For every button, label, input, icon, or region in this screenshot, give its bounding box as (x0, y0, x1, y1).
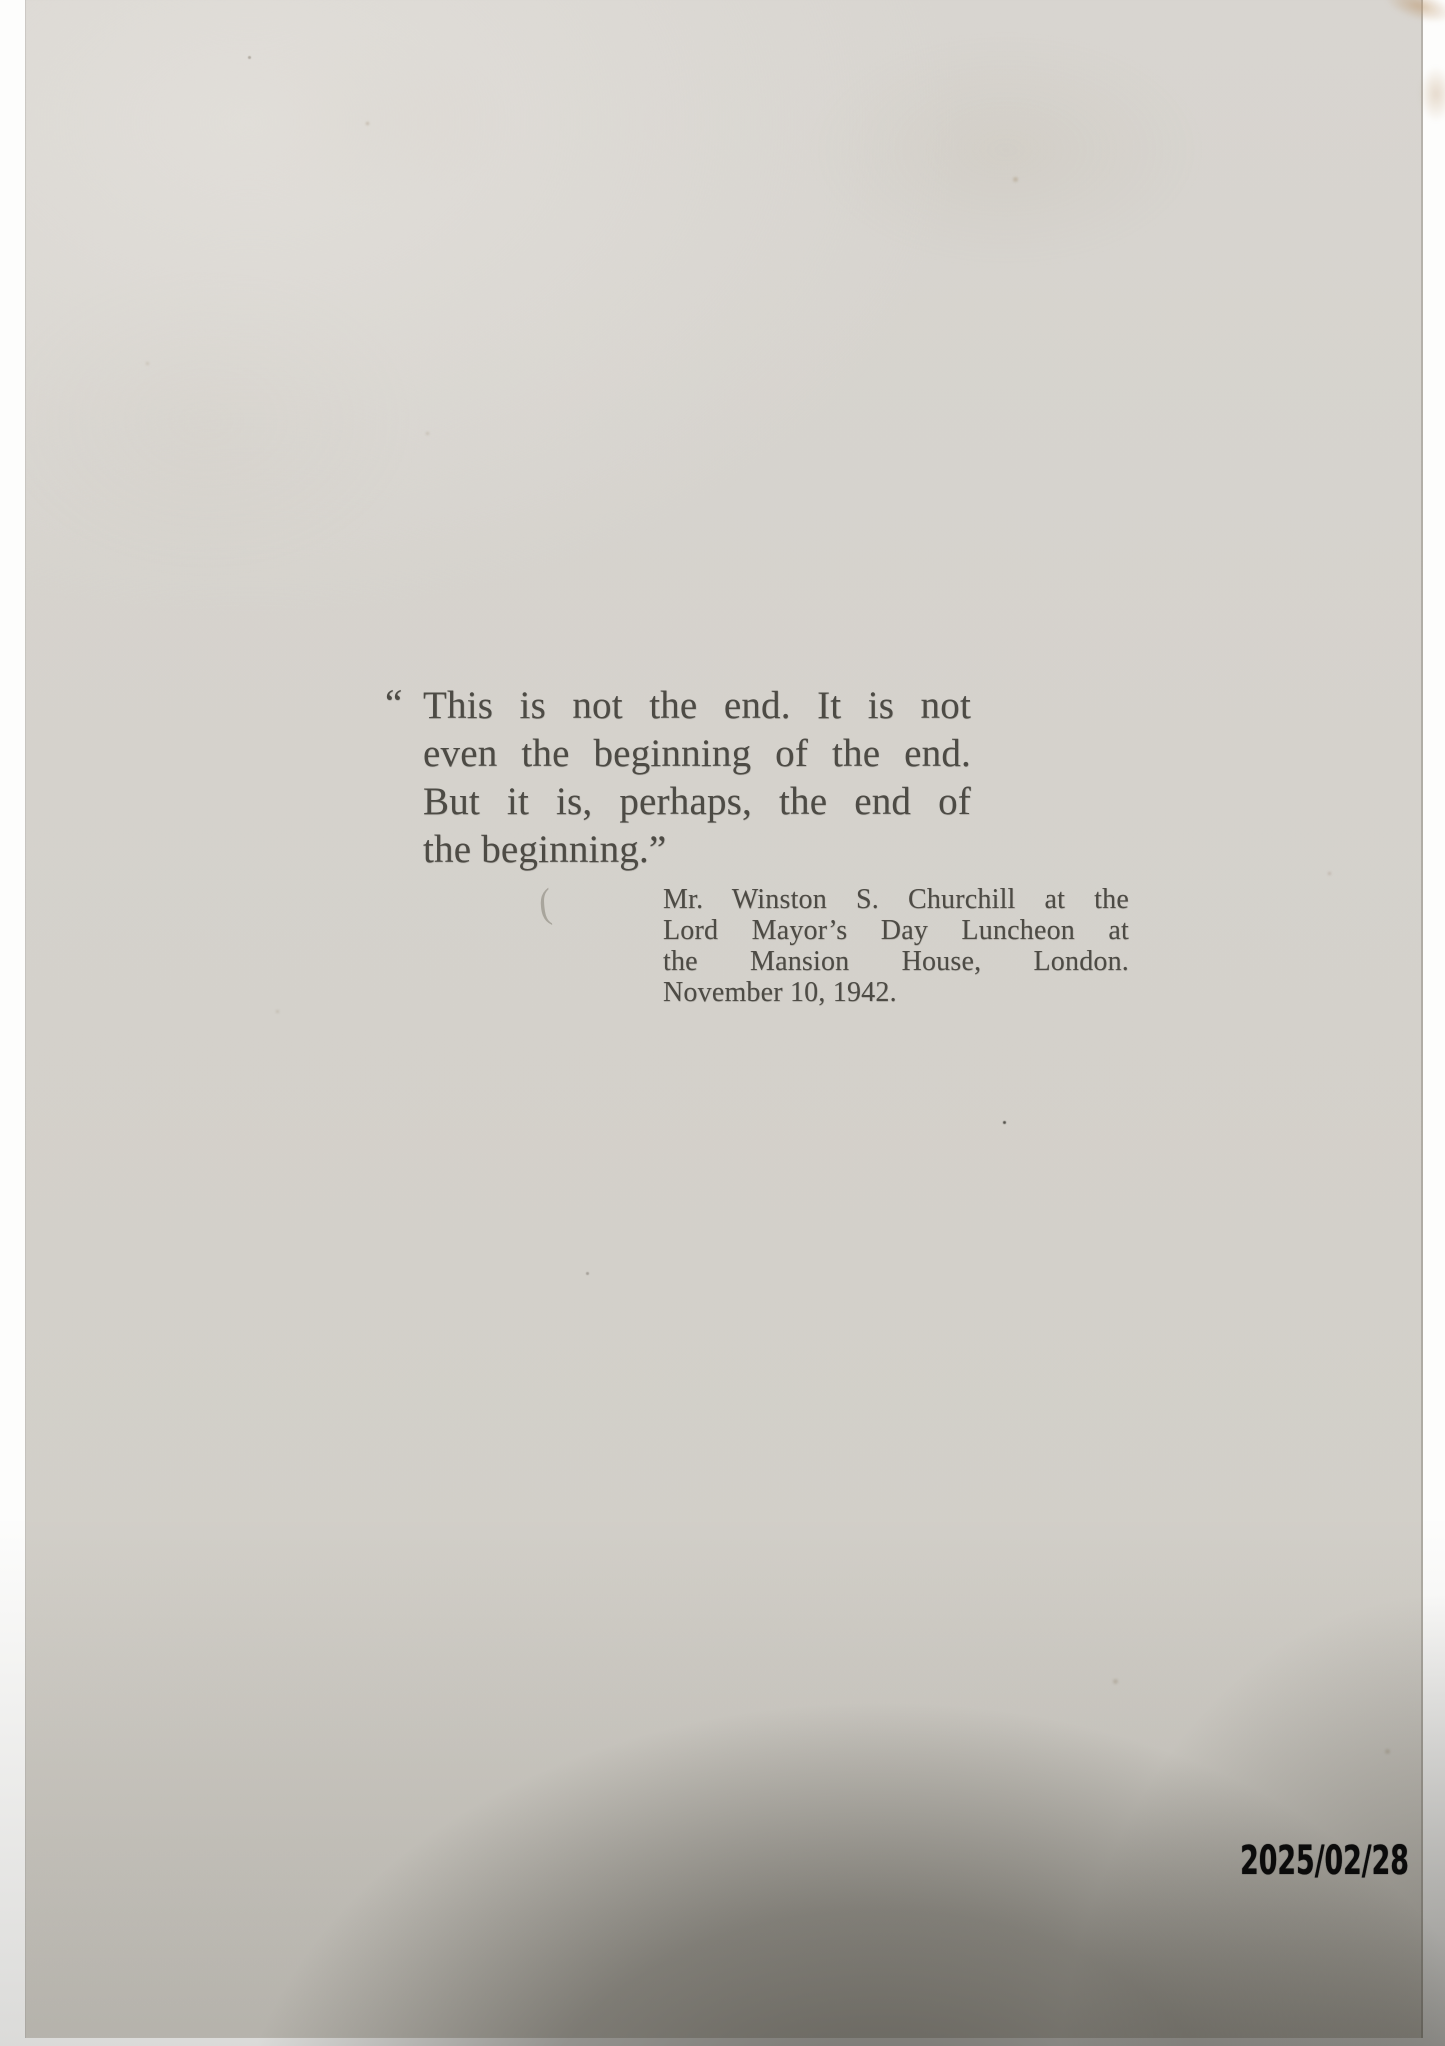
date-stamp: 2025/02/28 (1240, 1841, 1409, 1881)
attribution-line: Mr. Winston S. Churchill at the (663, 884, 1129, 915)
attribution-line: Lord Mayor’s Day Luncheon at (663, 915, 1129, 946)
edge-smudge (1419, 66, 1445, 122)
stray-pencil-mark: ( (537, 878, 554, 927)
attribution-line: the Mansion House, London. (663, 946, 1129, 977)
churchill-quote: This is not the end. It is not even the … (423, 682, 971, 874)
attribution-line: November 10, 1942. (663, 977, 1129, 1008)
book-page-photo: “ This is not the end. It is not even th… (0, 0, 1445, 2046)
open-quote-mark: “ (385, 680, 402, 728)
quote-line: But it is, perhaps, the end of (423, 778, 971, 826)
paper-specks (26, 0, 29, 3)
quote-attribution: Mr. Winston S. Churchill at the Lord May… (663, 884, 1129, 1008)
corner-smudge (1381, 0, 1445, 29)
book-page: “ This is not the end. It is not even th… (25, 0, 1423, 2038)
quote-line: This is not the end. It is not (423, 682, 971, 730)
quote-line: even the beginning of the end. (423, 730, 971, 778)
quote-line: the beginning.” (423, 826, 971, 874)
